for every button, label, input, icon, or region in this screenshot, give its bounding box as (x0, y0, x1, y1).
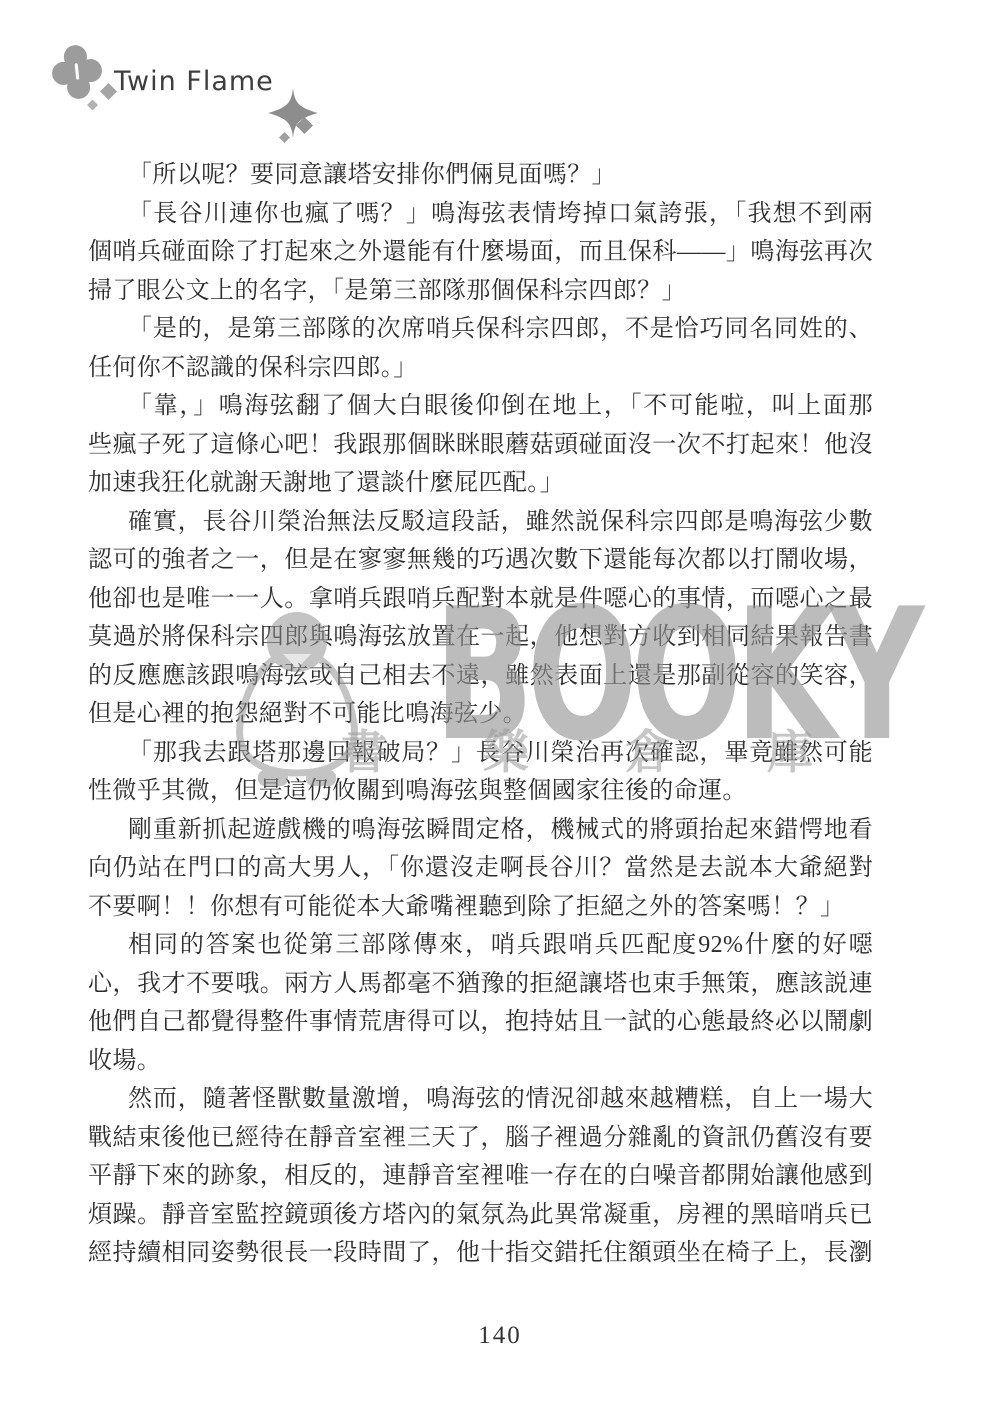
text-line: 「靠，」鳴海弦翻了個大白眼後仰倒在地上，「不可能啦，叫上面那 (88, 387, 873, 426)
text-line: 相同的答案也從第三部隊傳來，哨兵跟哨兵匹配度92%什麼的好噁 (88, 926, 873, 965)
text-line: 任何你不認識的保科宗四郎。」 (88, 349, 873, 388)
text-line: 認可的強者之一，但是在寥寥無幾的巧遇次數下還能每次都以打鬧收場， (88, 541, 873, 580)
text-line: 些瘋子死了這條心吧！我跟那個眯眯眼蘑菇頭碰面沒一次不打起來！他沒 (88, 426, 873, 465)
text-line: 收場。 (88, 1042, 873, 1081)
text-line: 的反應應該跟鳴海弦或自己相去不遠，雖然表面上還是那副從容的笑容， (88, 657, 873, 696)
text-line: 「所以呢？要同意讓塔安排你們倆見面嗎？」 (88, 156, 873, 195)
text-line: 平靜下來的跡象，相反的，連靜音室裡唯一存在的白噪音都開始讓他感到 (88, 1157, 873, 1196)
text-line: 莫過於將保科宗四郎與鳴海弦放置在一起，他想對方收到相同結果報告書 (88, 618, 873, 657)
puffy-cross-sparkle-icon (49, 42, 105, 103)
text-line: 他卻也是唯一一人。拿哨兵跟哨兵配對本就是件噁心的事情，而噁心之最 (88, 580, 873, 619)
text-line: 不要啊！！你想有可能從本大爺嘴裡聽到除了拒絕之外的答案嗎！？」 (88, 888, 873, 927)
book-page: Twin Flame 「所以呢？要同意讓塔安排你們倆見面嗎？」「長谷川連你也瘋了… (0, 0, 1000, 1403)
text-line: 戰結束後他已經待在靜音室裡三天了，腦子裡過分雜亂的資訊仍舊沒有要 (88, 1119, 873, 1158)
text-line: 確實，長谷川榮治無法反駁這段話，雖然説保科宗四郎是鳴海弦少數 (88, 503, 873, 542)
text-line: 「是的，是第三部隊的次席哨兵保科宗四郎，不是恰巧同名同姓的、 (88, 310, 873, 349)
text-line: 加速我狂化就謝天謝地了還談什麼屁匹配。」 (88, 464, 873, 503)
text-block: 「所以呢？要同意讓塔安排你們倆見面嗎？」「長谷川連你也瘋了嗎？」鳴海弦表情垮掉口… (88, 156, 873, 1273)
text-line: 經持續相同姿勢很長一段時間了，他十指交錯托住額頭坐在椅子上，長瀏 (88, 1234, 873, 1273)
text-line: 心，我才不要哦。兩方人馬都毫不猶豫的拒絕讓塔也束手無策，應該説連 (88, 965, 873, 1004)
text-line: 掃了眼公文上的名字，「是第三部隊那個保科宗四郎？」 (88, 272, 873, 311)
text-line: 然而，隨著怪獸數量激增，鳴海弦的情況卻越來越糟糕，自上一場大 (88, 1080, 873, 1119)
series-title: Twin Flame (114, 66, 274, 97)
diamond-sparkle-icon (296, 116, 313, 135)
text-line: 剛重新抓起遊戲機的鳴海弦瞬間定格，機械式的將頭抬起來錯愕地看 (88, 811, 873, 850)
text-line: 煩躁。靜音室監控鏡頭後方塔內的氣氛為此異常凝重，房裡的黑暗哨兵已 (88, 1196, 873, 1235)
diamond-sparkle-icon (279, 131, 290, 144)
page-number: 140 (0, 1322, 1000, 1350)
text-line: 「長谷川連你也瘋了嗎？」鳴海弦表情垮掉口氣誇張，「我想不到兩 (88, 195, 873, 234)
text-line: 但是心裡的抱怨絕對不可能比鳴海弦少。 (88, 695, 873, 734)
text-line: 性微乎其微，但是這仍攸關到鳴海弦與整個國家往後的命運。 (88, 772, 873, 811)
text-line: 向仍站在門口的高大男人，「你還沒走啊長谷川？當然是去説本大爺絕對 (88, 849, 873, 888)
text-line: 他們自己都覺得整件事情荒唐得可以，抱持姑且一試的心態最終必以鬧劇 (88, 1003, 873, 1042)
text-line: 「那我去跟塔那邊回報破局？」長谷川榮治再次確認，畢竟雖然可能 (88, 734, 873, 773)
diamond-sparkle-icon (87, 99, 98, 111)
text-line: 個哨兵碰面除了打起來之外還能有什麼場面，而且保科——」鳴海弦再次 (88, 233, 873, 272)
